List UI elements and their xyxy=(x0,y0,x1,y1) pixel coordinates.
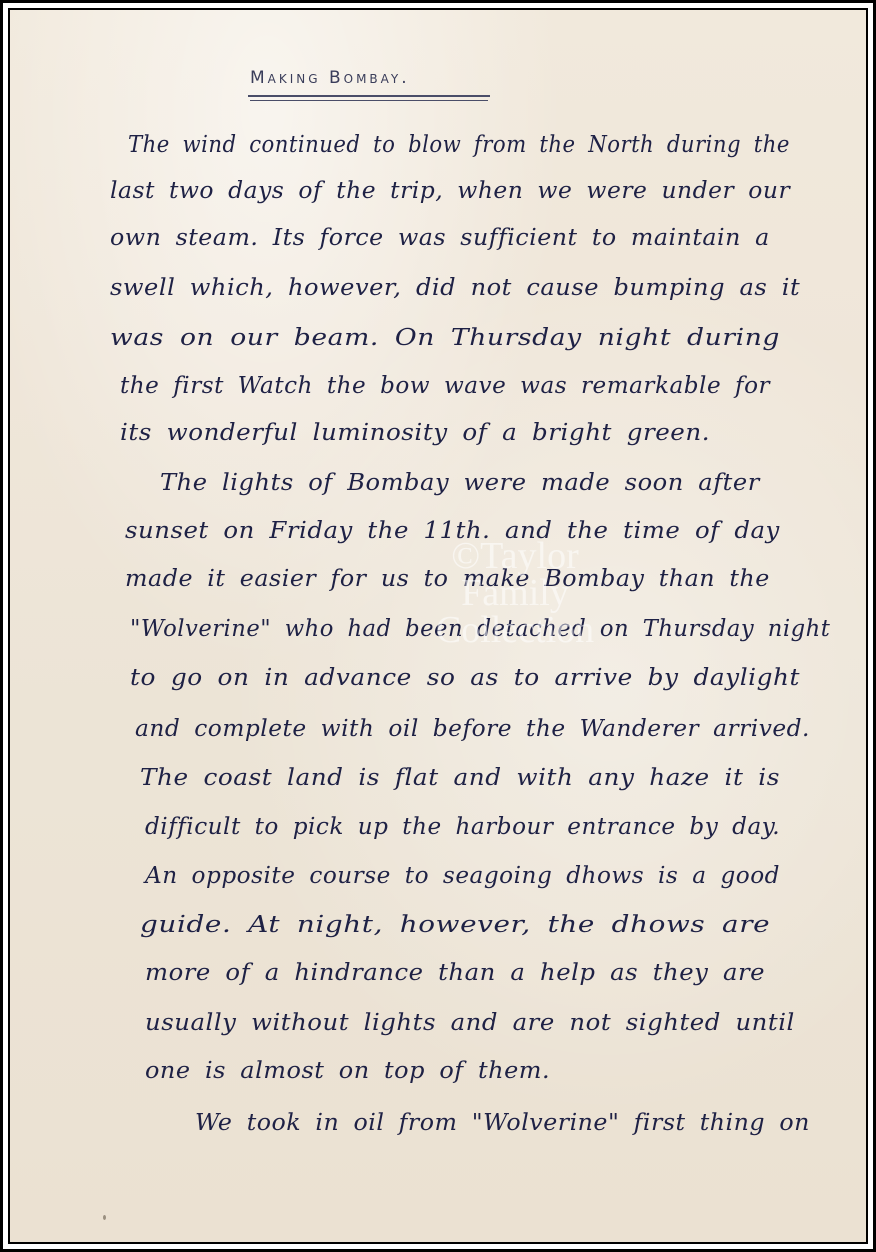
paper-speck xyxy=(103,1215,106,1220)
text-line: An opposite course to seagoing dhows is … xyxy=(145,863,780,889)
text-line: to go on in advance so as to arrive by d… xyxy=(130,665,800,691)
text-line: one is almost on top of them. xyxy=(145,1058,550,1084)
title-double-underline xyxy=(250,100,488,101)
text-line: The lights of Bombay were made soon afte… xyxy=(160,470,760,496)
text-line: guide. At night, however, the dhows are xyxy=(140,912,770,938)
text-line: The coast land is flat and with any haze… xyxy=(140,765,780,791)
text-line: and complete with oil before the Wandere… xyxy=(135,716,810,742)
text-line: swell which, however, did not cause bump… xyxy=(110,275,800,301)
text-line: was on our beam. On Thursday night durin… xyxy=(110,325,780,351)
manuscript-page: Making Bombay. The wind continued to blo… xyxy=(8,8,868,1244)
text-line: "Wolverine" who had been detached on Thu… xyxy=(130,616,830,642)
image-frame: Making Bombay. The wind continued to blo… xyxy=(0,0,876,1252)
page-content: Making Bombay. The wind continued to blo… xyxy=(10,10,866,1242)
page-title: Making Bombay. xyxy=(250,68,410,88)
text-line: own steam. Its force was sufficient to m… xyxy=(110,225,770,251)
text-line: made it easier for us to make Bombay tha… xyxy=(125,566,770,592)
text-line: usually without lights and are not sight… xyxy=(145,1010,795,1036)
text-line: sunset on Friday the 11th. and the time … xyxy=(125,518,780,544)
text-line: We took in oil from "Wolverine" first th… xyxy=(195,1110,810,1136)
text-line: difficult to pick up the harbour entranc… xyxy=(145,814,780,840)
text-line: last two days of the trip, when we were … xyxy=(110,178,790,204)
text-line: The wind continued to blow from the Nort… xyxy=(128,132,790,158)
text-line: more of a hindrance than a help as they … xyxy=(145,960,765,986)
text-line: its wonderful luminosity of a bright gre… xyxy=(120,420,710,446)
text-line: the first Watch the bow wave was remarka… xyxy=(120,373,770,399)
title-underline xyxy=(248,95,490,97)
